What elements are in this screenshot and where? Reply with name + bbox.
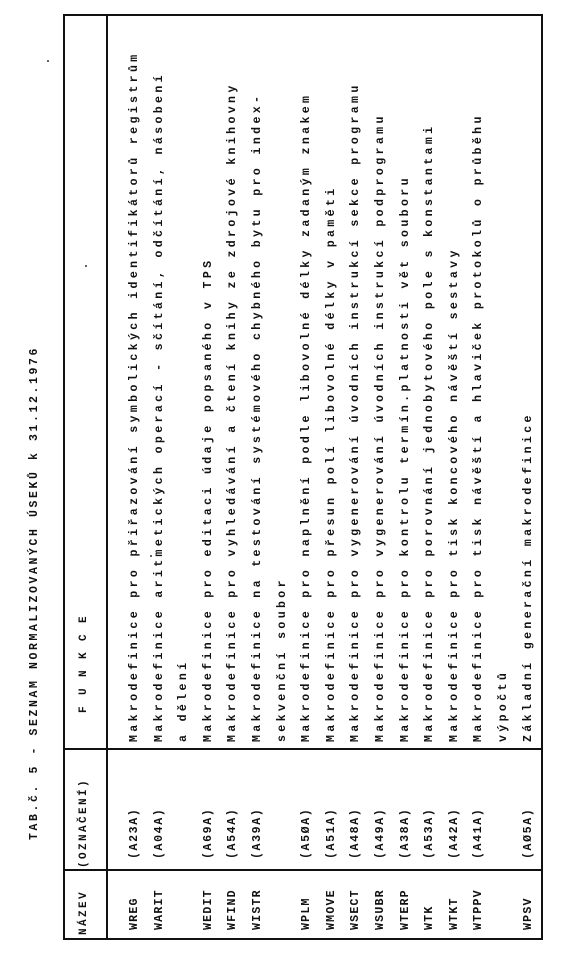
column-divider-name-code [63,869,543,871]
row-code: (A38A) [399,808,412,859]
row-function: Makrodefinice pro tisk koncového návěští… [448,247,461,742]
header-code: (OZNAČENÍ) [78,778,90,868]
row-name: WTPPV [472,889,485,930]
row-function: a dělení [177,660,190,742]
column-divider-code-function [63,748,543,750]
row-name: WFIND [226,889,239,930]
row-function: Makrodefinice pro kontrolu termín.platno… [399,175,412,742]
row-function: Makrodefinice pro editaci údaje popsanéh… [202,258,215,742]
row-name: WTERP [399,889,412,930]
row-code: (A69A) [202,808,215,859]
row-code: (A42A) [448,808,461,859]
scan-speck [85,265,87,267]
row-code: (A41A) [472,808,485,859]
row-function: Makrodefinice pro tisk návěští a hlaviče… [472,113,485,742]
row-function: Makrodefinice pro porovnání jednobytovéh… [423,124,436,742]
row-code: (A5ØA) [300,808,313,859]
row-name: WTK [423,906,436,930]
row-code: (A49A) [374,808,387,859]
row-function: Základní generační makrodefinice [522,412,535,742]
row-code: (A51A) [325,808,338,859]
scan-speck [47,60,49,62]
row-code: (A48A) [349,808,362,859]
header-name: NÁZEV [78,890,90,935]
row-function: Makrodefinice pro přiřazování symbolický… [128,51,141,742]
row-name: WARIT [153,889,166,930]
row-function: Makrodefinice pro přesun polí libovolné … [325,185,338,742]
scan-speck [150,555,152,557]
row-name: WMOVE [325,889,338,930]
row-function: Makrodefinice pro naplnění podle libovol… [300,93,313,742]
row-code: (A04A) [153,808,166,859]
row-name: WSECT [349,889,362,930]
row-name: WTKT [448,897,461,930]
row-code: (AØ5A) [522,808,535,859]
row-code: (A23A) [128,808,141,859]
row-name: WREG [128,897,141,930]
scanned-page: TAB.č. 5 - SEZNAM NORMALIZOVANÝCH ÚSEKŮ … [0,0,562,957]
row-name: WEDIT [202,889,215,930]
row-code: (A53A) [423,808,436,859]
row-code: (A39A) [251,808,264,859]
row-name: WPLM [300,897,313,930]
row-function: Makrodefinice pro vyhledávání a čtení kn… [226,82,239,742]
row-function: Makrodefinice pro vygenerování úvodních … [349,82,362,742]
row-function: Makrodefinice aritmetických operací - sč… [153,72,166,742]
row-name: WISTR [251,889,264,930]
table-title: TAB.č. 5 - SEZNAM NORMALIZOVANÝCH ÚSEKŮ … [28,346,41,840]
row-function: Makrodefinice pro vygenerování úvodních … [374,113,387,742]
header-divider [106,14,108,940]
row-function: výpočtů [497,670,510,742]
row-name: WSUBR [374,889,387,930]
header-function: F U N K C E [78,614,90,713]
row-name: WPSV [522,897,535,930]
row-function: Makrodefinice na testování systémového c… [251,93,264,742]
row-function: sekvenční soubor [276,577,289,742]
row-code: (A54A) [226,808,239,859]
